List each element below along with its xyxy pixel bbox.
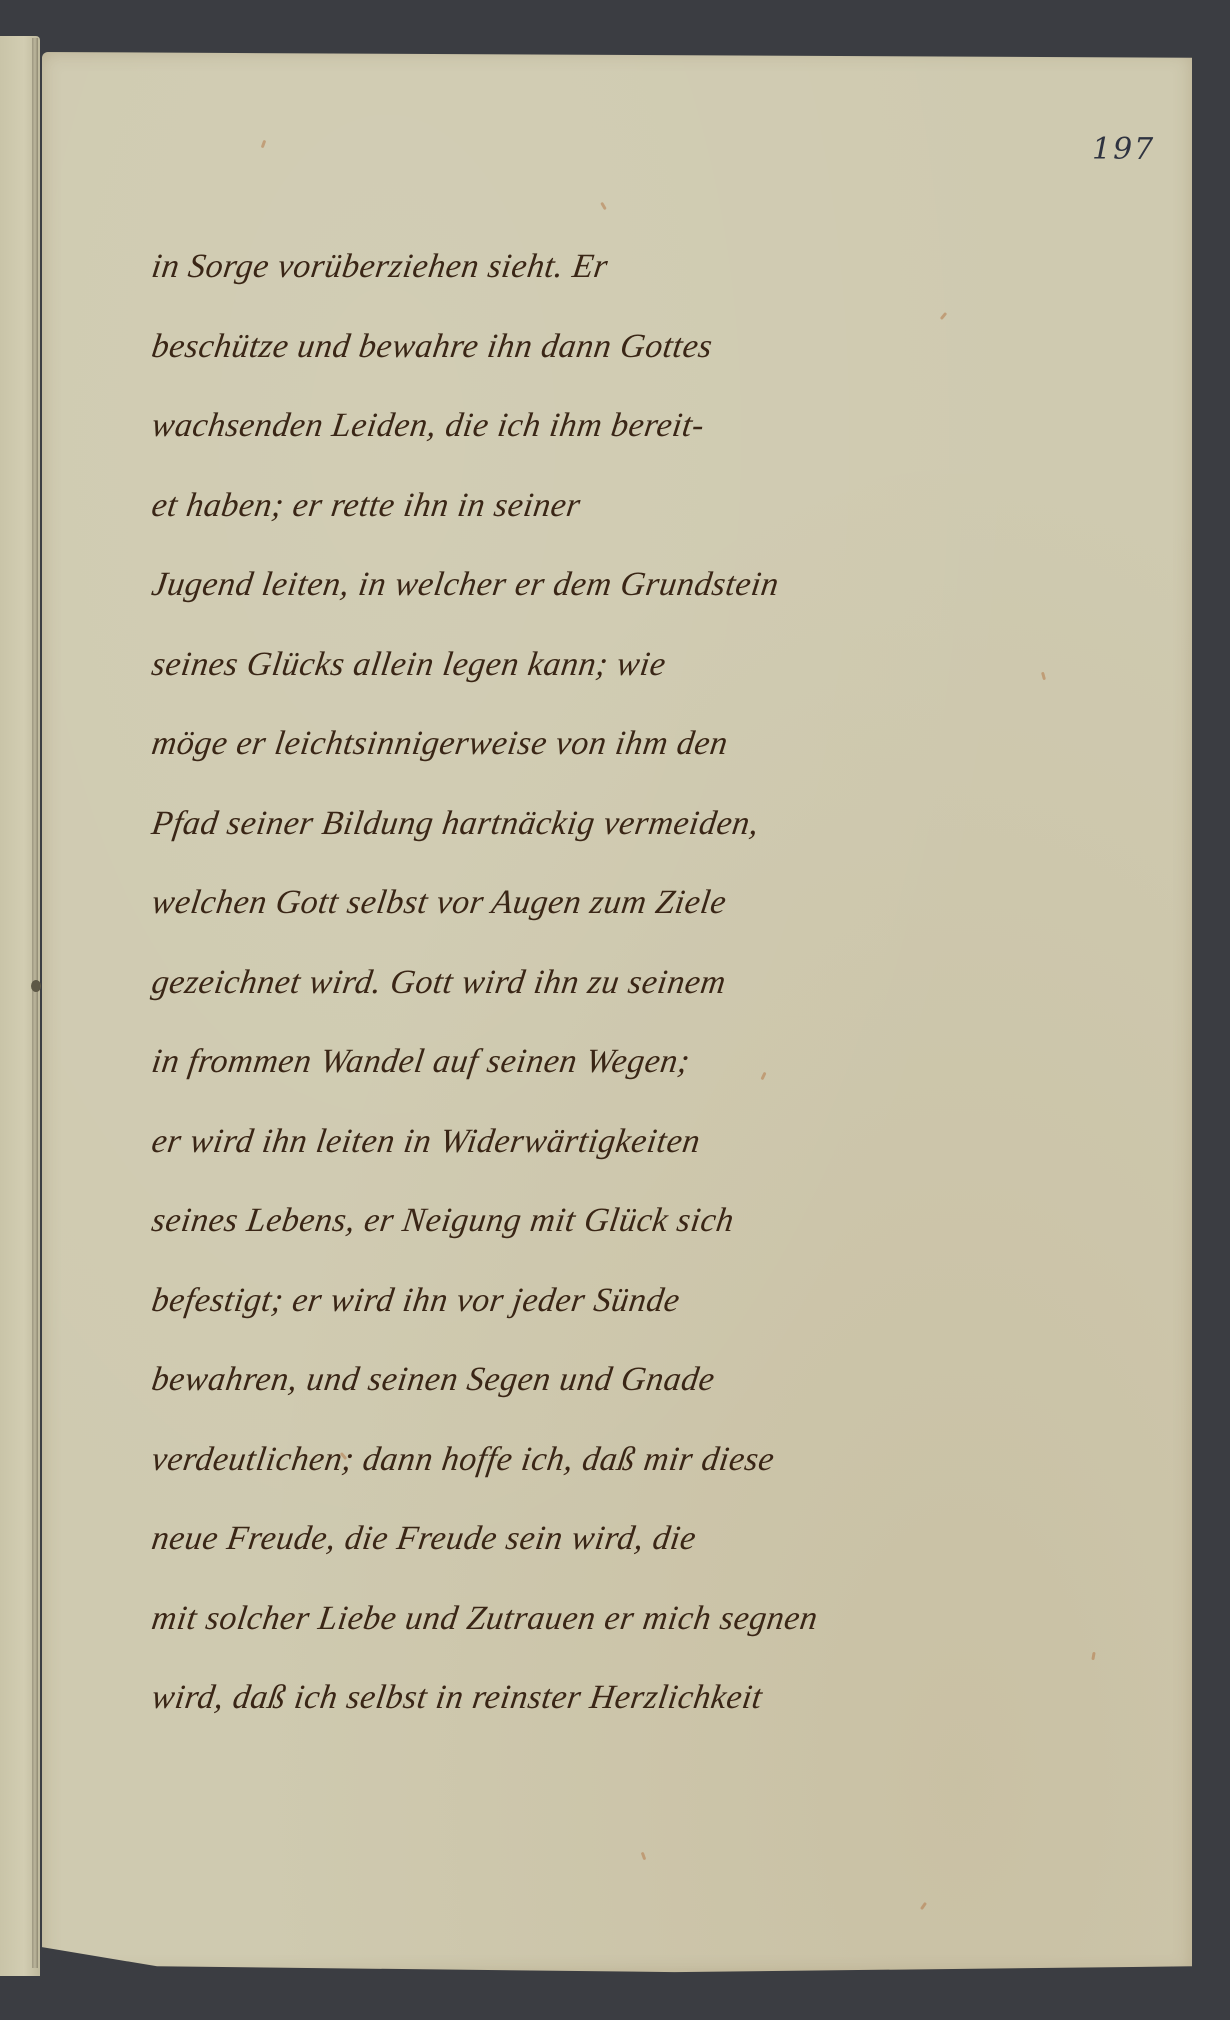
- text-line: seines Glücks allein legen kann; wie: [146, 625, 937, 705]
- text-line: welchen Gott selbst vor Augen zum Ziele: [146, 863, 937, 943]
- text-line: bewahren, und seinen Segen und Gnade: [146, 1340, 937, 1420]
- text-line: beschütze und bewahre ihn dann Gottes: [146, 307, 937, 387]
- paper-fleck: [1041, 672, 1046, 681]
- text-line: neue Freude, die Freude sein wird, die: [146, 1499, 937, 1579]
- text-line: wachsenden Leiden, die ich ihm bereit-: [146, 386, 937, 466]
- text-line: Jugend leiten, in welcher er dem Grundst…: [146, 545, 937, 625]
- text-line: Pfad seiner Bildung hartnäckig vermeiden…: [146, 784, 937, 864]
- manuscript-scan: 197 in Sorge vorüberziehen sieht. Er bes…: [0, 0, 1230, 2020]
- text-line: möge er leichtsinnigerweise von ihm den: [146, 704, 937, 784]
- text-line: in Sorge vorüberziehen sieht. Er: [146, 227, 937, 307]
- paper-fleck: [261, 140, 267, 149]
- text-line: befestigt; er wird ihn vor jeder Sünde: [146, 1261, 937, 1341]
- paper-fleck: [940, 312, 947, 320]
- paper-fleck: [920, 1902, 927, 1910]
- text-line: seines Lebens, er Neigung mit Glück sich: [146, 1181, 937, 1261]
- binding-spine: [32, 38, 38, 1968]
- text-line: gezeichnet wird. Gott wird ihn zu seinem: [146, 943, 937, 1023]
- handwritten-text: in Sorge vorüberziehen sieht. Er beschüt…: [152, 227, 932, 1738]
- text-line: er wird ihn leiten in Widerwärtigkeiten: [146, 1102, 937, 1182]
- text-line: mit solcher Liebe und Zutrauen er mich s…: [146, 1579, 937, 1659]
- binding-thread-knot: [31, 980, 41, 992]
- paper-fleck: [641, 1852, 647, 1861]
- text-line: verdeutlichen; dann hoffe ich, daß mir d…: [146, 1420, 937, 1500]
- text-line: et haben; er rette ihn in seiner: [146, 466, 937, 546]
- paper-fleck: [600, 202, 607, 210]
- manuscript-page: 197 in Sorge vorüberziehen sieht. Er bes…: [42, 52, 1192, 1974]
- text-line: wird, daß ich selbst in reinster Herzlic…: [146, 1658, 937, 1738]
- folio-number: 197: [1092, 132, 1155, 167]
- paper-fleck: [1091, 1652, 1095, 1660]
- text-line: in frommen Wandel auf seinen Wegen;: [146, 1022, 937, 1102]
